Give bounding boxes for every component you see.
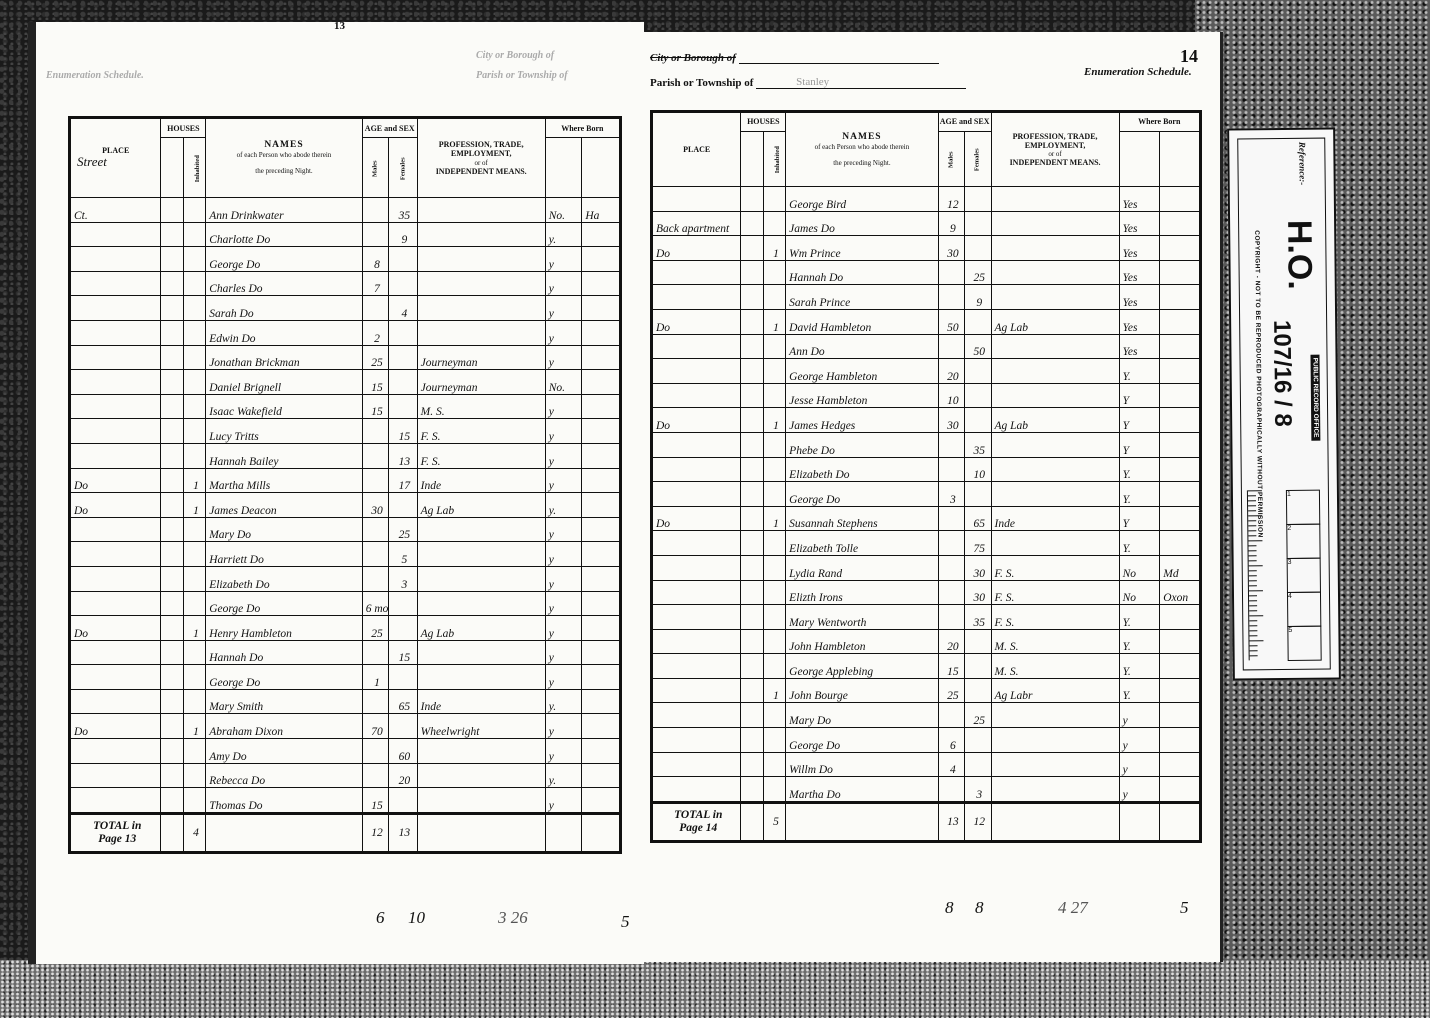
- occupation-cell: [991, 187, 1119, 212]
- census-row: Rebecca Do20y.: [70, 763, 621, 788]
- reference-office: PUBLIC RECORD OFFICE: [1310, 355, 1320, 441]
- occupation-cell: [417, 517, 545, 542]
- born-same-county-cell: Yes: [1119, 285, 1160, 310]
- census-table-left: PLACE Street HOUSES NAMES of each Person…: [68, 116, 622, 854]
- name-cell: George Do: [206, 665, 363, 690]
- male-age-cell: [938, 334, 964, 359]
- born-same-county-cell: y: [545, 566, 582, 591]
- name-cell: Mary Do: [206, 517, 363, 542]
- born-elsewhere-cell: [582, 296, 621, 321]
- place-cell: Do: [652, 506, 741, 531]
- total-uninhabited: [741, 802, 763, 841]
- place-cell: [652, 752, 741, 777]
- inhabited-cell: [183, 271, 205, 296]
- born-same-county-cell: y.: [545, 689, 582, 714]
- born-same-county-cell: Yes: [1119, 334, 1160, 359]
- occupation-cell: [991, 334, 1119, 359]
- occupation-cell: Ag Lab: [417, 493, 545, 518]
- male-age-cell: [362, 640, 388, 665]
- inhabited-cell: 1: [763, 309, 785, 334]
- place-cell: [70, 394, 161, 419]
- census-row: Do1Martha Mills17Indey: [70, 468, 621, 493]
- occupation-cell: [991, 531, 1119, 556]
- place-cell: [652, 605, 741, 630]
- uninhabited-cell: [741, 408, 763, 433]
- occupation-cell: Inde: [417, 689, 545, 714]
- col-names: NAMES of each Person who abode therein t…: [786, 112, 938, 187]
- col-age-sex: AGE and SEX: [938, 112, 991, 132]
- born-same-county-cell: y: [545, 714, 582, 739]
- occupation-cell: [417, 247, 545, 272]
- born-same-county-cell: y.: [545, 222, 582, 247]
- occupation-cell: [991, 777, 1119, 803]
- uninhabited-cell: [741, 359, 763, 384]
- name-cell: Martha Mills: [206, 468, 363, 493]
- female-age-cell: 10: [965, 457, 991, 482]
- born-same-county-cell: Yes: [1119, 211, 1160, 236]
- occupation-cell: [991, 383, 1119, 408]
- census-row: Lucy Tritts15F. S.y: [70, 419, 621, 444]
- place-cell: [70, 222, 161, 247]
- name-cell: Susannah Stephens: [786, 506, 938, 531]
- inhabited-cell: [183, 689, 205, 714]
- col-females: Females: [389, 138, 417, 198]
- occupation-cell: F. S.: [991, 605, 1119, 630]
- female-age-cell: 3: [389, 566, 417, 591]
- born-same-county-cell: Yes: [1119, 260, 1160, 285]
- city-label: City or Borough of: [650, 52, 736, 64]
- female-age-cell: 9: [965, 285, 991, 310]
- male-age-cell: [362, 296, 388, 321]
- col-inhabited: Inhabited: [763, 132, 785, 187]
- name-cell: George Do: [206, 591, 363, 616]
- census-rows-left: Ct.Ann Drinkwater35No.HaCharlotte Do9y.G…: [70, 198, 621, 814]
- uninhabited-cell: [161, 689, 183, 714]
- female-age-cell: 65: [965, 506, 991, 531]
- inhabited-cell: [183, 198, 205, 223]
- uninhabited-cell: [741, 580, 763, 605]
- inhabited-cell: [183, 419, 205, 444]
- occupation-cell: [991, 285, 1119, 310]
- male-age-cell: 4: [938, 752, 964, 777]
- total-label-2: Page 13: [74, 833, 160, 846]
- name-cell: Elizabeth Do: [786, 457, 938, 482]
- census-table-right: PLACE HOUSES NAMES of each Person who ab…: [650, 110, 1202, 843]
- male-age-cell: [362, 566, 388, 591]
- col-names-sub1: of each Person who abode therein: [206, 151, 362, 159]
- place-cell: [70, 419, 161, 444]
- uninhabited-cell: [161, 616, 183, 641]
- right-page: City or Borough of Parish or Township of…: [640, 32, 1223, 962]
- census-rows-right: George Bird12YesBack apartmentJames Do9Y…: [652, 187, 1201, 803]
- occupation-cell: Inde: [417, 468, 545, 493]
- inhabited-cell: [183, 665, 205, 690]
- place-cell: [70, 443, 161, 468]
- male-age-cell: 15: [362, 788, 388, 814]
- occupation-cell: Ag Lab: [991, 408, 1119, 433]
- female-age-cell: [965, 408, 991, 433]
- born-same-county-cell: Y: [1119, 383, 1160, 408]
- place-cell: [652, 678, 741, 703]
- uninhabited-cell: [741, 605, 763, 630]
- uninhabited-cell: [161, 714, 183, 739]
- col-houses: HOUSES: [741, 112, 786, 132]
- born-elsewhere-cell: [1160, 482, 1201, 507]
- ruler-tick: [1248, 505, 1256, 506]
- name-cell: Phebe Do: [786, 432, 938, 457]
- uninhabited-cell: [741, 703, 763, 728]
- place-cell: Do: [652, 309, 741, 334]
- total-males: 13: [938, 802, 964, 841]
- inhabited-cell: [183, 394, 205, 419]
- census-row: George Do3Y.: [652, 482, 1201, 507]
- census-row: John Hambleton20M. S.Y.: [652, 629, 1201, 654]
- parish-line: Parish or Township of Stanley: [650, 76, 966, 89]
- born-same-county-cell: y: [1119, 752, 1160, 777]
- margin-note-b: 10: [408, 908, 425, 928]
- occupation-cell: [417, 320, 545, 345]
- born-elsewhere-cell: [582, 468, 621, 493]
- col-females-label: Females: [974, 149, 981, 172]
- name-cell: Hannah Do: [786, 260, 938, 285]
- male-age-cell: [938, 260, 964, 285]
- col-names-sub2: the preceding Night.: [206, 167, 362, 175]
- ruler-tick: [1249, 570, 1257, 571]
- name-cell: Jesse Hambleton: [786, 383, 938, 408]
- male-age-cell: [362, 689, 388, 714]
- inhabited-cell: [183, 517, 205, 542]
- inhabited-cell: [763, 555, 785, 580]
- ruler-tick: [1249, 615, 1263, 616]
- col-born-elsewhere: Whether Born in Scotland, Ireland, or Fo…: [582, 138, 621, 198]
- census-row: Phebe Do35Y: [652, 432, 1201, 457]
- male-age-cell: 15: [362, 394, 388, 419]
- census-row: Thomas Do15y: [70, 788, 621, 814]
- born-same-county-cell: Y: [1119, 432, 1160, 457]
- name-cell: Mary Smith: [206, 689, 363, 714]
- born-same-county-cell: y: [545, 345, 582, 370]
- uninhabited-cell: [741, 383, 763, 408]
- male-age-cell: [938, 285, 964, 310]
- inhabited-cell: [763, 605, 785, 630]
- inhabited-cell: [183, 542, 205, 567]
- uninhabited-cell: [161, 320, 183, 345]
- born-elsewhere-cell: [1160, 383, 1201, 408]
- census-row: Back apartmentJames Do9Yes: [652, 211, 1201, 236]
- born-elsewhere-cell: [1160, 236, 1201, 261]
- place-cell: [652, 383, 741, 408]
- name-cell: Rebecca Do: [206, 763, 363, 788]
- male-age-cell: [938, 457, 964, 482]
- female-age-cell: 30: [965, 555, 991, 580]
- col-where-born: Where Born: [545, 118, 620, 138]
- born-same-county-cell: No: [1119, 580, 1160, 605]
- ruler-tick: [1248, 540, 1262, 541]
- occupation-cell: [417, 271, 545, 296]
- uninhabited-cell: [741, 187, 763, 212]
- ruler-tick: [1249, 605, 1257, 606]
- name-cell: Elizth Irons: [786, 580, 938, 605]
- ruler-tick: [1249, 625, 1257, 626]
- born-elsewhere-cell: [582, 689, 621, 714]
- col-place: PLACE: [652, 112, 741, 187]
- born-same-county-cell: y: [545, 640, 582, 665]
- uninhabited-cell: [741, 728, 763, 753]
- uninhabited-cell: [161, 394, 183, 419]
- born-same-county-cell: y: [545, 788, 582, 814]
- male-age-cell: 30: [938, 408, 964, 433]
- inhabited-cell: [183, 591, 205, 616]
- name-cell: Harriett Do: [206, 542, 363, 567]
- uninhabited-cell: [161, 468, 183, 493]
- female-age-cell: 25: [965, 260, 991, 285]
- name-cell: Hannah Bailey: [206, 443, 363, 468]
- male-age-cell: [938, 531, 964, 556]
- occupation-cell: [417, 222, 545, 247]
- male-age-cell: 30: [938, 236, 964, 261]
- male-age-cell: 10: [938, 383, 964, 408]
- place-cell: [70, 370, 161, 395]
- born-elsewhere-cell: [582, 763, 621, 788]
- female-age-cell: 4: [389, 296, 417, 321]
- male-age-cell: [362, 198, 388, 223]
- female-age-cell: 15: [389, 640, 417, 665]
- male-age-cell: 1: [362, 665, 388, 690]
- name-cell: Sarah Prince: [786, 285, 938, 310]
- male-age-cell: [362, 739, 388, 764]
- female-age-cell: 20: [389, 763, 417, 788]
- occupation-cell: [991, 482, 1119, 507]
- census-row: Mary Smith65Indey.: [70, 689, 621, 714]
- census-row: Charlotte Do9y.: [70, 222, 621, 247]
- col-born-same-county: Whether Born in same County: [545, 138, 582, 198]
- born-elsewhere-cell: [1160, 654, 1201, 679]
- name-cell: Sarah Do: [206, 296, 363, 321]
- ruler-tick: [1248, 510, 1256, 511]
- male-age-cell: [362, 468, 388, 493]
- male-age-cell: [362, 222, 388, 247]
- occupation-cell: Ag Lab: [991, 309, 1119, 334]
- occupation-cell: [991, 457, 1119, 482]
- place-cell: [70, 320, 161, 345]
- col-profession-3: or of: [418, 159, 545, 167]
- place-cell: [70, 542, 161, 567]
- female-age-cell: [389, 493, 417, 518]
- census-row: Do1Henry Hambleton25Ag Laby: [70, 616, 621, 641]
- ruler-tick: [1248, 545, 1256, 546]
- born-same-county-cell: y: [545, 443, 582, 468]
- name-cell: James Do: [786, 211, 938, 236]
- inhabited-cell: [183, 222, 205, 247]
- place-cell: Do: [652, 236, 741, 261]
- col-names-sub1: of each Person who abode therein: [786, 143, 937, 151]
- total-row: TOTAL in Page 14 5 13 12: [652, 802, 1201, 841]
- male-age-cell: [362, 517, 388, 542]
- born-same-county-cell: Y: [1119, 408, 1160, 433]
- place-cell: [70, 247, 161, 272]
- female-age-cell: 13: [389, 443, 417, 468]
- census-row: George Do1y: [70, 665, 621, 690]
- name-cell: George Do: [206, 247, 363, 272]
- total-profession: [991, 802, 1119, 841]
- occupation-cell: [991, 236, 1119, 261]
- census-row: Amy Do60y: [70, 739, 621, 764]
- faint-header-right-2: Parish or Township of: [476, 70, 568, 81]
- female-age-cell: 60: [389, 739, 417, 764]
- born-same-county-cell: y: [545, 665, 582, 690]
- total-uninhabited: [161, 813, 183, 852]
- female-age-cell: [965, 211, 991, 236]
- place-cell: [652, 728, 741, 753]
- male-age-cell: 30: [362, 493, 388, 518]
- inhabited-cell: [763, 703, 785, 728]
- male-age-cell: [938, 777, 964, 803]
- name-cell: Lydia Rand: [786, 555, 938, 580]
- ruler-tick: [1249, 610, 1257, 611]
- male-age-cell: [362, 443, 388, 468]
- uninhabited-cell: [161, 443, 183, 468]
- name-cell: John Hambleton: [786, 629, 938, 654]
- uninhabited-cell: [741, 482, 763, 507]
- born-elsewhere-cell: [1160, 678, 1201, 703]
- female-age-cell: 9: [389, 222, 417, 247]
- occupation-cell: [991, 728, 1119, 753]
- female-age-cell: 50: [965, 334, 991, 359]
- born-same-county-cell: Y.: [1119, 457, 1160, 482]
- page-number: 13: [334, 20, 345, 32]
- born-same-county-cell: y: [545, 591, 582, 616]
- col-profession-3: or of: [992, 150, 1119, 158]
- parish-label: Parish or Township of: [650, 77, 753, 89]
- female-age-cell: [389, 665, 417, 690]
- uninhabited-cell: [741, 678, 763, 703]
- total-born-elsewhere: [582, 813, 621, 852]
- inhabited-cell: [763, 432, 785, 457]
- inhabited-cell: [183, 320, 205, 345]
- census-row: Mary Wentworth35F. S.Y.: [652, 605, 1201, 630]
- name-cell: John Bourge: [786, 678, 938, 703]
- col-place-value: Street: [71, 155, 160, 170]
- col-males-label: Males: [948, 152, 955, 169]
- col-males-label: Males: [372, 160, 379, 177]
- female-age-cell: 3: [965, 777, 991, 803]
- uninhabited-cell: [741, 506, 763, 531]
- female-age-cell: [389, 788, 417, 814]
- ruler-tick: [1249, 600, 1257, 601]
- male-age-cell: 9: [938, 211, 964, 236]
- inhabited-cell: [763, 334, 785, 359]
- uninhabited-cell: [161, 542, 183, 567]
- uninhabited-cell: [161, 296, 183, 321]
- inhabited-cell: [763, 777, 785, 803]
- name-cell: Thomas Do: [206, 788, 363, 814]
- inhabited-cell: [183, 739, 205, 764]
- uninhabited-cell: [741, 211, 763, 236]
- male-age-cell: [938, 432, 964, 457]
- total-inhabited: 5: [763, 802, 785, 841]
- born-same-county-cell: Y.: [1119, 359, 1160, 384]
- ruler-tick: [1249, 630, 1257, 631]
- male-age-cell: 3: [938, 482, 964, 507]
- male-age-cell: [362, 763, 388, 788]
- born-elsewhere-cell: [582, 493, 621, 518]
- uninhabited-cell: [741, 260, 763, 285]
- census-row: George Bird12Yes: [652, 187, 1201, 212]
- census-row: Hannah Bailey13F. S.y: [70, 443, 621, 468]
- place-cell: Ct.: [70, 198, 161, 223]
- female-age-cell: [965, 629, 991, 654]
- census-row: George Do6 moy: [70, 591, 621, 616]
- census-row: Do1James Hedges30Ag LabY: [652, 408, 1201, 433]
- occupation-cell: [991, 211, 1119, 236]
- occupation-cell: [991, 359, 1119, 384]
- name-cell: George Bird: [786, 187, 938, 212]
- female-age-cell: 17: [389, 468, 417, 493]
- ruler-tick: [1248, 515, 1262, 516]
- ruler-tick: [1249, 550, 1257, 551]
- born-same-county-cell: y.: [545, 493, 582, 518]
- ruler-tick: [1249, 640, 1263, 641]
- census-row: Do1James Deacon30Ag Laby.: [70, 493, 621, 518]
- born-elsewhere-cell: [582, 616, 621, 641]
- born-elsewhere-cell: [582, 542, 621, 567]
- total-born-elsewhere: [1160, 802, 1201, 841]
- born-same-county-cell: No.: [545, 198, 582, 223]
- occupation-cell: M. S.: [417, 394, 545, 419]
- occupation-cell: [417, 296, 545, 321]
- born-elsewhere-cell: Ha: [582, 198, 621, 223]
- born-same-county-cell: Y.: [1119, 629, 1160, 654]
- male-age-cell: 20: [938, 359, 964, 384]
- male-age-cell: [938, 506, 964, 531]
- col-profession-2: EMPLOYMENT,: [418, 149, 545, 158]
- born-elsewhere-cell: [582, 640, 621, 665]
- place-cell: [652, 777, 741, 803]
- born-elsewhere-cell: [582, 566, 621, 591]
- born-same-county-cell: y: [545, 739, 582, 764]
- occupation-cell: Wheelwright: [417, 714, 545, 739]
- occupation-cell: F. S.: [991, 580, 1119, 605]
- inhabited-cell: [763, 482, 785, 507]
- ruler-mark: 4: [1287, 592, 1321, 627]
- reference-label: Reference:-: [1297, 142, 1307, 186]
- female-age-cell: [965, 678, 991, 703]
- occupation-cell: Journeyman: [417, 370, 545, 395]
- born-elsewhere-cell: [582, 714, 621, 739]
- inhabited-cell: 1: [763, 678, 785, 703]
- male-age-cell: 2: [362, 320, 388, 345]
- census-row: Sarah Do4y: [70, 296, 621, 321]
- name-cell: Ann Do: [786, 334, 938, 359]
- inhabited-cell: [763, 285, 785, 310]
- born-elsewhere-cell: [1160, 408, 1201, 433]
- place-cell: [70, 271, 161, 296]
- col-inhabited-label: Inhabited: [774, 146, 781, 173]
- total-names: [206, 813, 363, 852]
- place-cell: [652, 580, 741, 605]
- total-label-1: TOTAL in: [656, 809, 740, 822]
- name-cell: Hannah Do: [206, 640, 363, 665]
- place-cell: [70, 591, 161, 616]
- place-cell: [652, 285, 741, 310]
- place-cell: Do: [70, 493, 161, 518]
- born-elsewhere-cell: [582, 247, 621, 272]
- female-age-cell: 65: [389, 689, 417, 714]
- male-age-cell: 25: [362, 616, 388, 641]
- inhabited-cell: [183, 296, 205, 321]
- place-cell: [70, 517, 161, 542]
- occupation-cell: F. S.: [417, 419, 545, 444]
